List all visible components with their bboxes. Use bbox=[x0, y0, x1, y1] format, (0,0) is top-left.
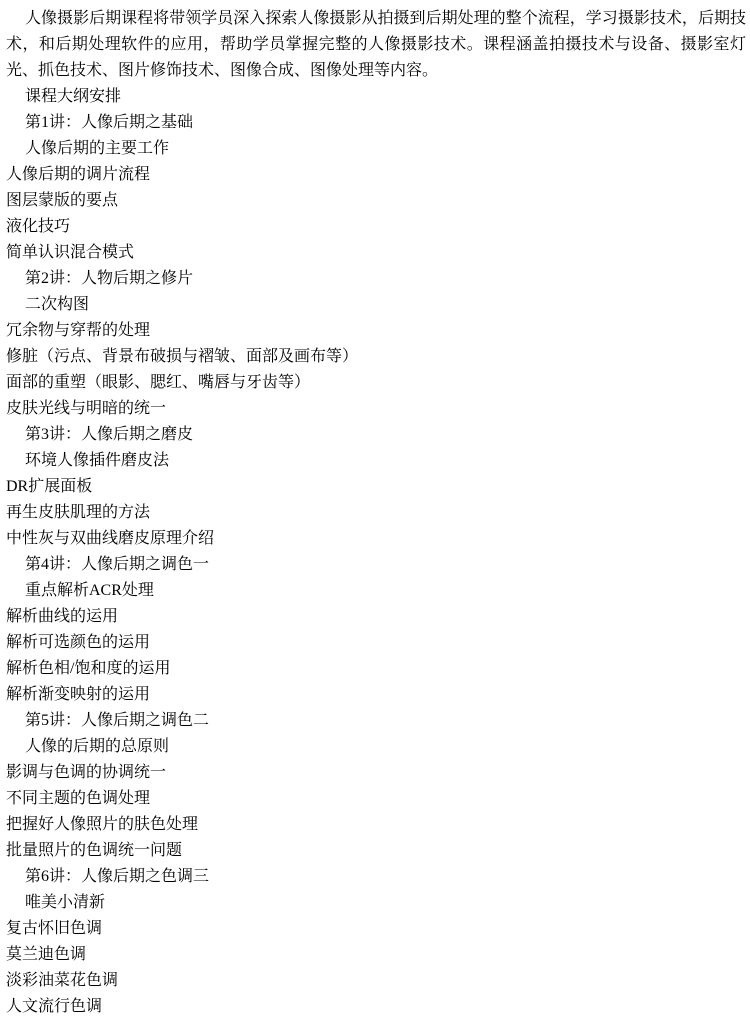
outline-line: 人像的后期的总原则 bbox=[6, 734, 746, 760]
outline-line: 唯美小清新 bbox=[6, 890, 746, 916]
outline-heading: 课程大纲安排 bbox=[6, 84, 746, 110]
outline-line: 简单认识混合模式 bbox=[6, 240, 746, 266]
document-page: 人像摄影后期课程将带领学员深入探索人像摄影从拍摄到后期处理的整个流程，学习摄影技… bbox=[0, 0, 750, 1020]
outline-line: 莫兰迪色调 bbox=[6, 942, 746, 968]
outline-line: 人像后期的主要工作 bbox=[6, 136, 746, 162]
outline-line: 影调与色调的协调统一 bbox=[6, 760, 746, 786]
outline-line: DR扩展面板 bbox=[6, 474, 746, 500]
outline-line: 人像后期的调片流程 bbox=[6, 162, 746, 188]
outline-line: 第2讲：人物后期之修片 bbox=[6, 266, 746, 292]
outline-line: 冗余物与穿帮的处理 bbox=[6, 318, 746, 344]
outline-line: 环境人像插件磨皮法 bbox=[6, 448, 746, 474]
outline-line: 修脏（污点、背景布破损与褶皱、面部及画布等） bbox=[6, 344, 746, 370]
outline-line: 液化技巧 bbox=[6, 214, 746, 240]
outline-line: 淡彩油菜花色调 bbox=[6, 968, 746, 994]
outline-line: 批量照片的色调统一问题 bbox=[6, 838, 746, 864]
outline-line: 第3讲：人像后期之磨皮 bbox=[6, 422, 746, 448]
outline-line: 把握好人像照片的肤色处理 bbox=[6, 812, 746, 838]
outline-line: 人文流行色调 bbox=[6, 994, 746, 1020]
intro-paragraph: 人像摄影后期课程将带领学员深入探索人像摄影从拍摄到后期处理的整个流程，学习摄影技… bbox=[6, 6, 746, 84]
outline-line: 第1讲：人像后期之基础 bbox=[6, 110, 746, 136]
outline-line: 图层蒙版的要点 bbox=[6, 188, 746, 214]
outline-line: 面部的重塑（眼影、腮红、嘴唇与牙齿等） bbox=[6, 370, 746, 396]
course-outline: 课程大纲安排 第1讲：人像后期之基础人像后期的主要工作人像后期的调片流程图层蒙版… bbox=[6, 84, 746, 1020]
outline-line: 第5讲：人像后期之调色二 bbox=[6, 708, 746, 734]
outline-line: 解析可选颜色的运用 bbox=[6, 630, 746, 656]
outline-line: 中性灰与双曲线磨皮原理介绍 bbox=[6, 526, 746, 552]
outline-line: 重点解析ACR处理 bbox=[6, 578, 746, 604]
outline-line: 二次构图 bbox=[6, 292, 746, 318]
outline-line: 复古怀旧色调 bbox=[6, 916, 746, 942]
outline-line: 不同主题的色调处理 bbox=[6, 786, 746, 812]
outline-line: 皮肤光线与明暗的统一 bbox=[6, 396, 746, 422]
outline-line: 解析渐变映射的运用 bbox=[6, 682, 746, 708]
outline-line: 第6讲：人像后期之色调三 bbox=[6, 864, 746, 890]
outline-line: 第4讲：人像后期之调色一 bbox=[6, 552, 746, 578]
outline-line: 解析色相/饱和度的运用 bbox=[6, 656, 746, 682]
outline-line: 解析曲线的运用 bbox=[6, 604, 746, 630]
outline-line: 再生皮肤肌理的方法 bbox=[6, 500, 746, 526]
